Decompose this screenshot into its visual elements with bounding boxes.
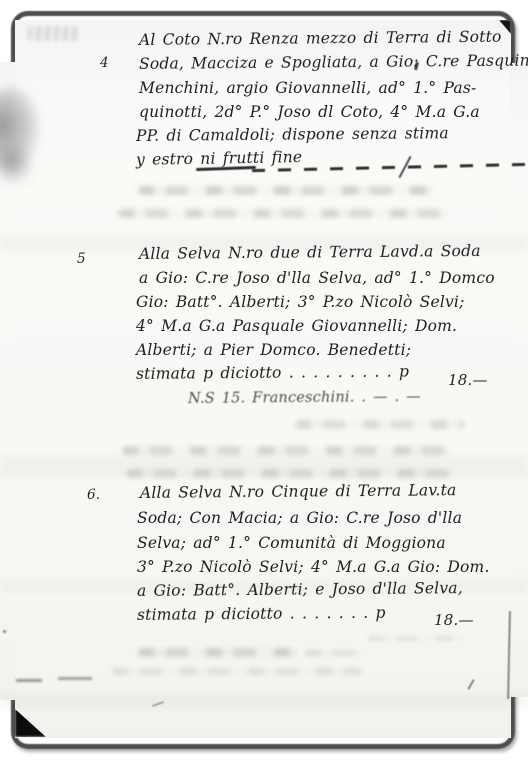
- handwritten-line: Soda; Con Macia; a Gio: C.re Joso d'lla: [137, 509, 462, 527]
- handwritten-line: 3° P.zo Nicolò Selvi; 4° M.a G.a Gio: Do…: [137, 558, 490, 576]
- handwritten-line: Menchini, argio Giovannelli, ad° 1.° Pas…: [139, 79, 476, 97]
- ink-bleedthrough-smudge: [368, 636, 463, 641]
- ink-bleedthrough-smudge: [295, 420, 465, 429]
- handwritten-line: stimata p diciotto . . . . . . . p: [137, 604, 386, 624]
- handwritten-line: a Gio: Batt°. Alberti; e Joso d'lla Selv…: [137, 579, 463, 600]
- handwritten-line: y estro ni frutti fine: [136, 148, 303, 169]
- entry-number: 5: [77, 251, 86, 267]
- handwritten-line: Alla Selva N.ro due di Terra Lavd.a Soda: [139, 242, 481, 263]
- entry-subline: N.S 15. Franceschini. . — . —: [188, 389, 421, 407]
- ink-bleedthrough-smudge: [138, 648, 298, 657]
- ink-speck: [3, 630, 6, 633]
- handwritten-line: 4° M.a G.a Pasquale Giovannelli; Dom.: [136, 317, 457, 335]
- ink-speck: [16, 679, 42, 682]
- ink-bleedthrough-smudge: [122, 446, 452, 455]
- ink-bleedthrough-smudge: [126, 469, 456, 478]
- manuscript-page-right-edge: [510, 63, 528, 697]
- entry-amount: 18.—: [448, 371, 488, 389]
- handwritten-line: Alberti; a Pier Domco. Benedetti;: [136, 341, 411, 359]
- handwritten-line: PP. di Camaldoli; dispone senza stima: [136, 124, 449, 145]
- ink-bleedthrough-smudge: [138, 186, 433, 195]
- handwritten-line: Al Coto N.ro Renza mezzo di Terra di Sot…: [139, 28, 502, 49]
- scan-viewport: 4 Al Coto N.ro Renza mezzo di Terra di S…: [0, 0, 528, 760]
- ink-bleedthrough-smudge: [118, 209, 448, 218]
- handwritten-line: Alla Selva N.ro Cinque di Terra Lav.ta: [140, 481, 457, 502]
- ink-speck: [58, 677, 92, 680]
- entry-number: 4: [100, 55, 109, 71]
- scan-streak-band: [0, 694, 528, 708]
- handwritten-line: a Gio: C.re Joso d'lla Selva, ad° 1.° Do…: [139, 269, 495, 287]
- handwritten-line: Selva; ad° 1.° Comunità di Moggiona: [137, 534, 446, 552]
- entry-number: 6.: [87, 487, 100, 503]
- ink-bleedthrough-smudge: [305, 650, 363, 656]
- ink-bleedthrough-smudge: [112, 668, 362, 675]
- handwritten-line: Soda, Macciza e Spogliata, a Gio: C.re P…: [139, 52, 528, 73]
- faint-pencil-marks: [28, 26, 78, 41]
- handwritten-line: Gio: Batt°. Alberti; 3° P.zo Nicolò Selv…: [136, 293, 465, 311]
- handwritten-line: stimata p diciotto . . . . . . . . . p: [136, 363, 409, 383]
- entry-amount: 18.—: [434, 611, 474, 629]
- handwritten-line: quinotti, 2d° P.° Joso dl Coto, 4° M.a G…: [139, 103, 480, 121]
